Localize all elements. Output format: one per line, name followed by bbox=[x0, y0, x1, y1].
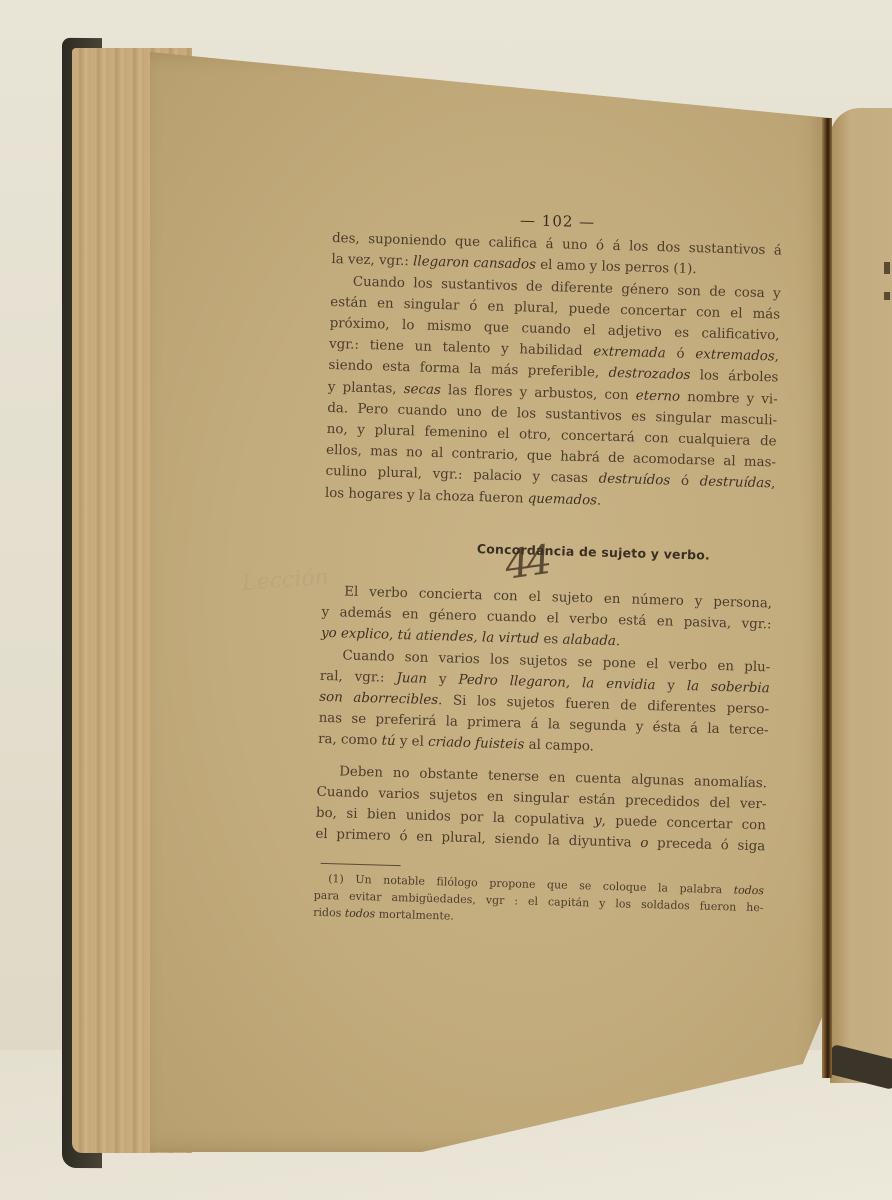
paragraph-anomalies: Deben no obstante tenerse en cuenta algu… bbox=[315, 760, 767, 857]
section-heading: Concordancia de sujeto y verbo. bbox=[413, 536, 773, 567]
facing-page-text-fragment bbox=[884, 262, 890, 274]
photo-scene: Lección 44 — 102 — des, suponiendo que c… bbox=[0, 0, 892, 1200]
paragraph-multiple-subjects: Cuando son varios los sujetos se pone el… bbox=[318, 644, 771, 763]
facing-page-text-fragment bbox=[884, 292, 890, 300]
footnote-rule bbox=[321, 863, 401, 866]
facing-page bbox=[830, 108, 892, 1083]
page-text: — 102 — des, suponiendo que califica á u… bbox=[313, 205, 783, 934]
paragraph-verb-agreement: El verbo concierta con el sujeto en núme… bbox=[321, 581, 773, 657]
paragraph-gender-agreement: Cuando los sustantivos de diferente géne… bbox=[325, 271, 781, 517]
book-gutter bbox=[822, 118, 832, 1078]
